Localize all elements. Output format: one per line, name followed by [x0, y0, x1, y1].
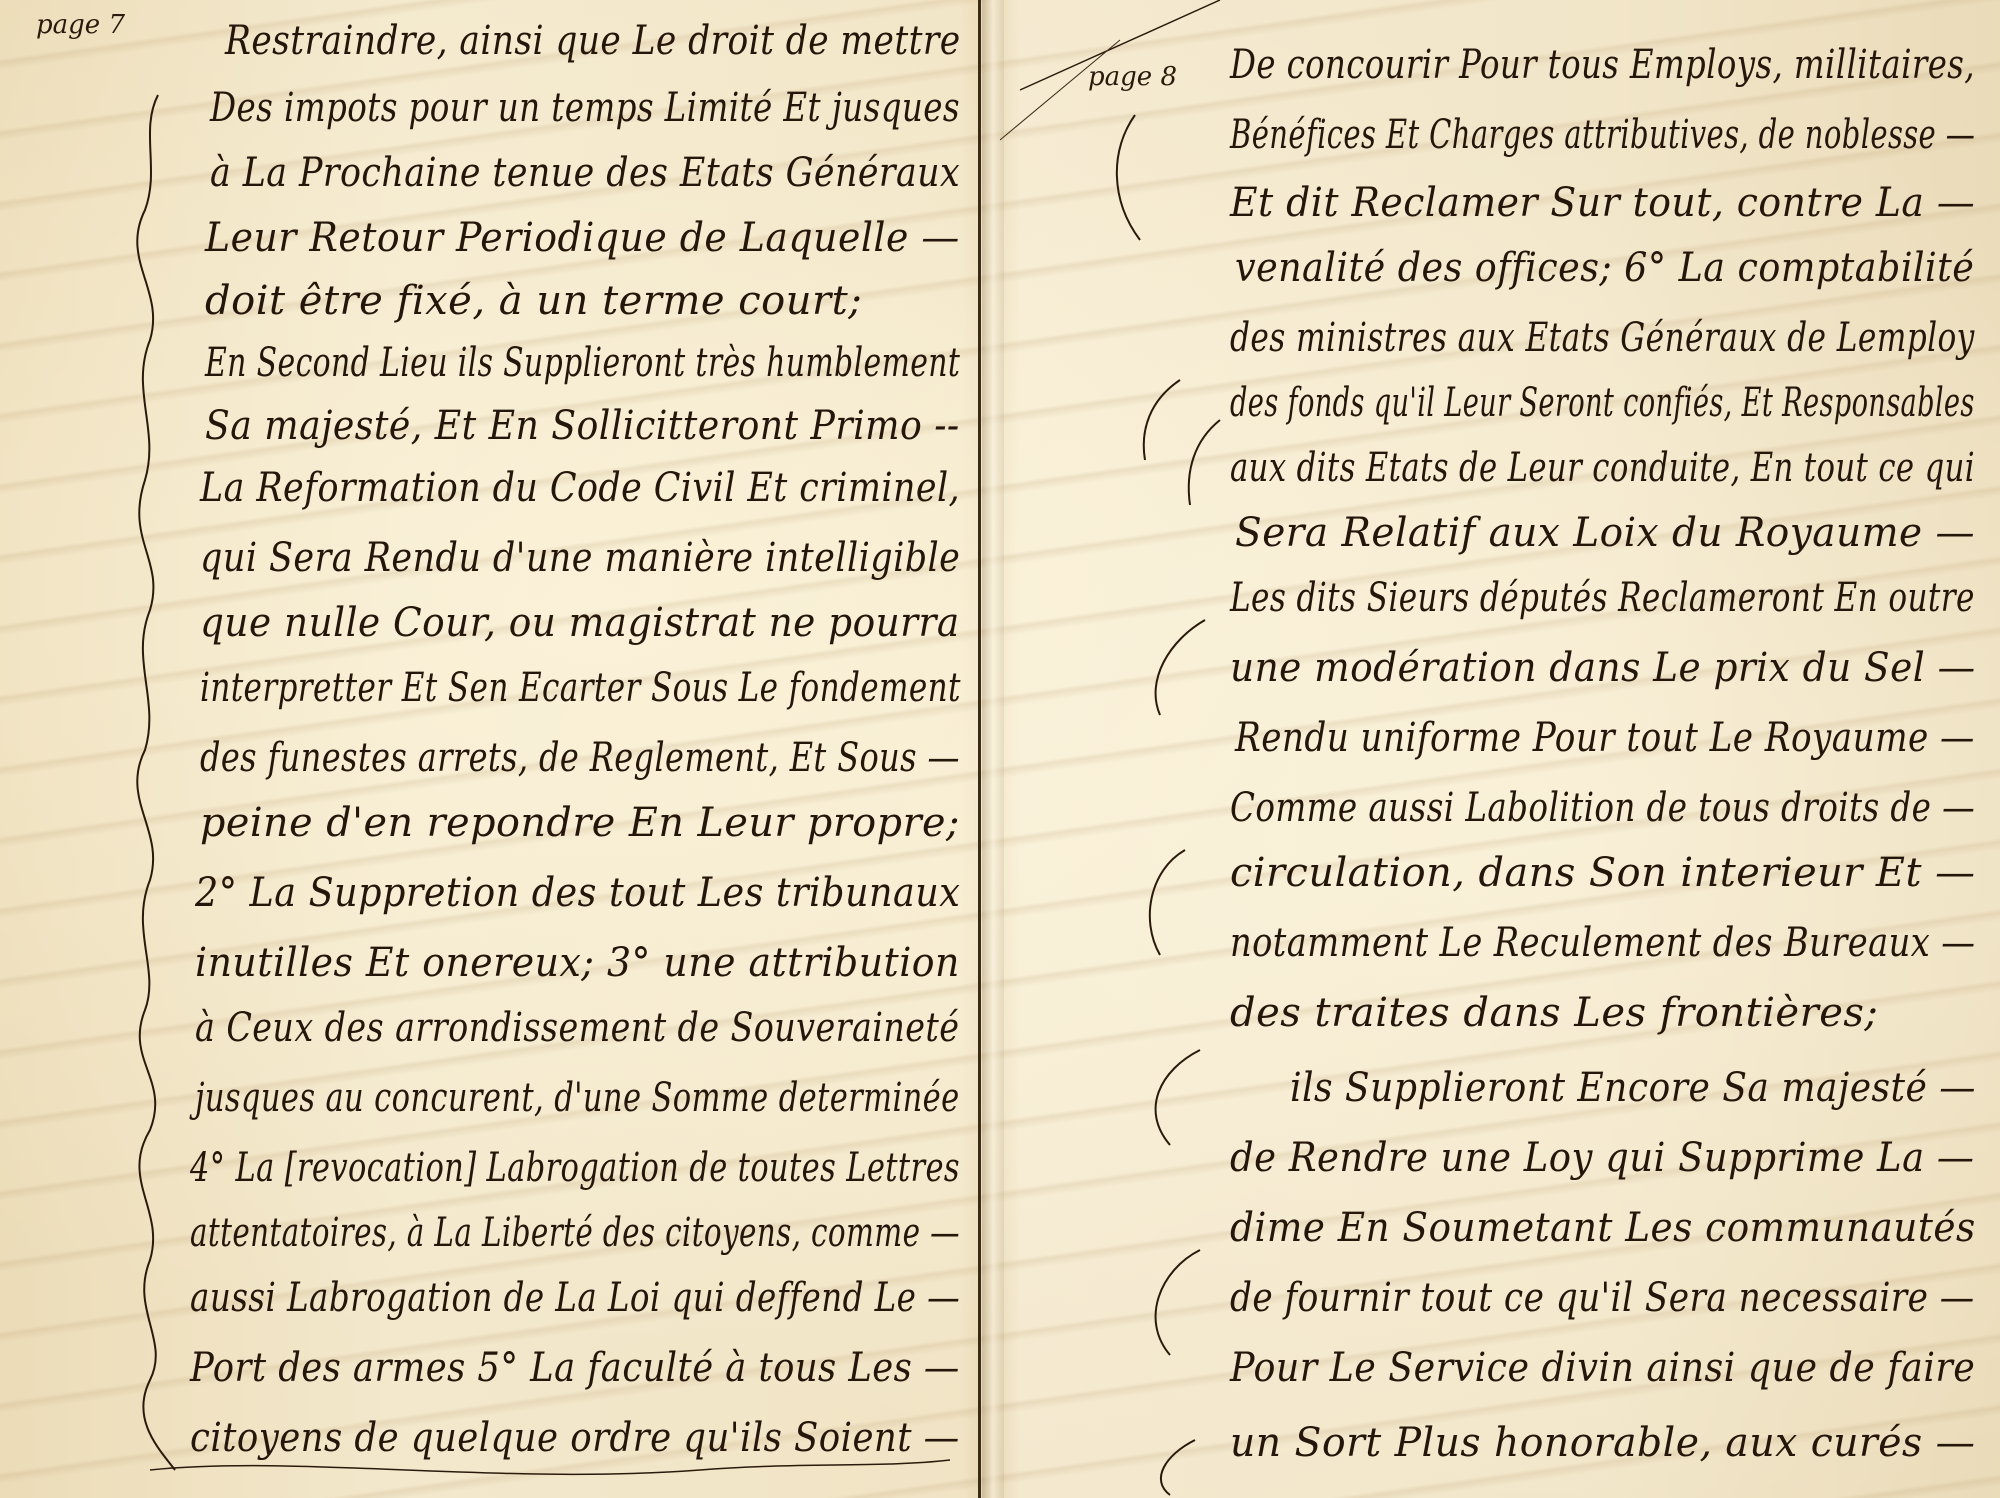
left-line-19: attentatoires, à La Liberté des citoyens… — [190, 1210, 960, 1256]
left-line-5: doit être fixé, à un terme court; — [205, 278, 862, 324]
left-line-22: citoyens de quelque ordre qu'ils Soient … — [190, 1415, 960, 1461]
left-line-1: Restraindre, ainsi que Le droit de mettr… — [225, 18, 961, 64]
right-line-21: un Sort Plus honorable, aux curés — — [1230, 1420, 1975, 1466]
page-reference-right: page 8 — [1088, 62, 1177, 92]
left-line-12: des funestes arrets, de Reglement, Et So… — [200, 735, 960, 781]
right-line-4: venalité des offices; 6° La comptabilité — [1235, 245, 1974, 291]
right-line-16: ils Supplieront Encore Sa majesté — — [1290, 1065, 1976, 1111]
left-line-3: à La Prochaine tenue des Etats Généraux — [210, 150, 960, 196]
left-line-20: aussi Labrogation de La Loi qui deffend … — [190, 1275, 960, 1321]
page-reference-left: page 7 — [36, 10, 125, 40]
right-line-17: de Rendre une Loy qui Supprime La — — [1230, 1135, 1974, 1181]
left-line-7: Sa majesté, Et En Sollicitteront Primo -… — [205, 403, 960, 449]
right-line-7: aux dits Etats de Leur conduite, En tout… — [1230, 445, 1975, 491]
right-line-19: de fournir tout ce qu'il Sera necessaire… — [1230, 1275, 1975, 1321]
right-line-13: circulation, dans Son interieur Et — — [1230, 850, 1975, 896]
right-line-10: une modération dans Le prix du Sel — — [1230, 645, 1975, 691]
left-line-11: interpretter Et Sen Ecarter Sous Le fond… — [200, 665, 961, 711]
left-line-17: jusques au concurent, d'une Somme determ… — [195, 1075, 960, 1121]
left-line-9: qui Sera Rendu d'une manière intelligibl… — [200, 535, 960, 581]
right-line-5: des ministres aux Etats Généraux de Lemp… — [1230, 315, 1975, 361]
left-line-10: que nulle Cour, ou magistrat ne pourra — [200, 600, 960, 646]
left-line-15: inutilles Et onereux; 3° une attribution — [195, 940, 960, 986]
right-line-6: des fonds qu'il Leur Seront confiés, Et … — [1230, 380, 1975, 426]
right-line-12: Comme aussi Labolition de tous droits de… — [1230, 785, 1975, 831]
right-line-8: Sera Relatif aux Loix du Royaume — — [1235, 510, 1975, 556]
left-line-14: 2° La Suppretion des tout Les tribunaux — [195, 870, 960, 916]
right-line-9: Les dits Sieurs députés Reclameront En o… — [1230, 575, 1975, 621]
right-page: page 8 De concourir Pour tous Employs, m… — [1000, 0, 2000, 1498]
left-line-13: peine d'en repondre En Leur propre; — [200, 800, 960, 846]
left-line-18: 4° La [revocation] Labrogation de toutes… — [190, 1145, 960, 1191]
right-line-3: Et dit Reclamer Sur tout, contre La — — [1230, 180, 1975, 226]
left-page: page 7 Restraindre, ainsi que Le droit d… — [0, 0, 985, 1498]
right-line-1: De concourir Pour tous Employs, millitai… — [1230, 42, 1975, 88]
right-line-2: Bénéfices Et Charges attributives, de no… — [1230, 112, 1975, 158]
right-line-14: notamment Le Reculement des Bureaux — — [1230, 920, 1975, 966]
left-line-4: Leur Retour Periodique de Laquelle — — [205, 215, 960, 261]
binding-rule-line — [978, 0, 981, 1498]
left-line-16: à Ceux des arrondissement de Souverainet… — [195, 1005, 959, 1051]
left-line-2: Des impots pour un temps Limité Et jusqu… — [210, 85, 960, 131]
left-line-8: La Reformation du Code Civil Et criminel… — [200, 465, 960, 511]
right-line-15: des traites dans Les frontières; — [1230, 990, 1878, 1036]
right-line-18: dime En Soumetant Les communautés — [1230, 1205, 1976, 1251]
right-line-20: Pour Le Service divin ainsi que de faire — [1230, 1345, 1975, 1391]
left-line-21: Port des armes 5° La faculté à tous Les … — [190, 1345, 960, 1391]
right-line-11: Rendu uniforme Pour tout Le Royaume — — [1235, 715, 1975, 761]
left-line-6: En Second Lieu ils Supplieront très humb… — [205, 340, 960, 386]
manuscript-spread: page 7 Restraindre, ainsi que Le droit d… — [0, 0, 2000, 1498]
